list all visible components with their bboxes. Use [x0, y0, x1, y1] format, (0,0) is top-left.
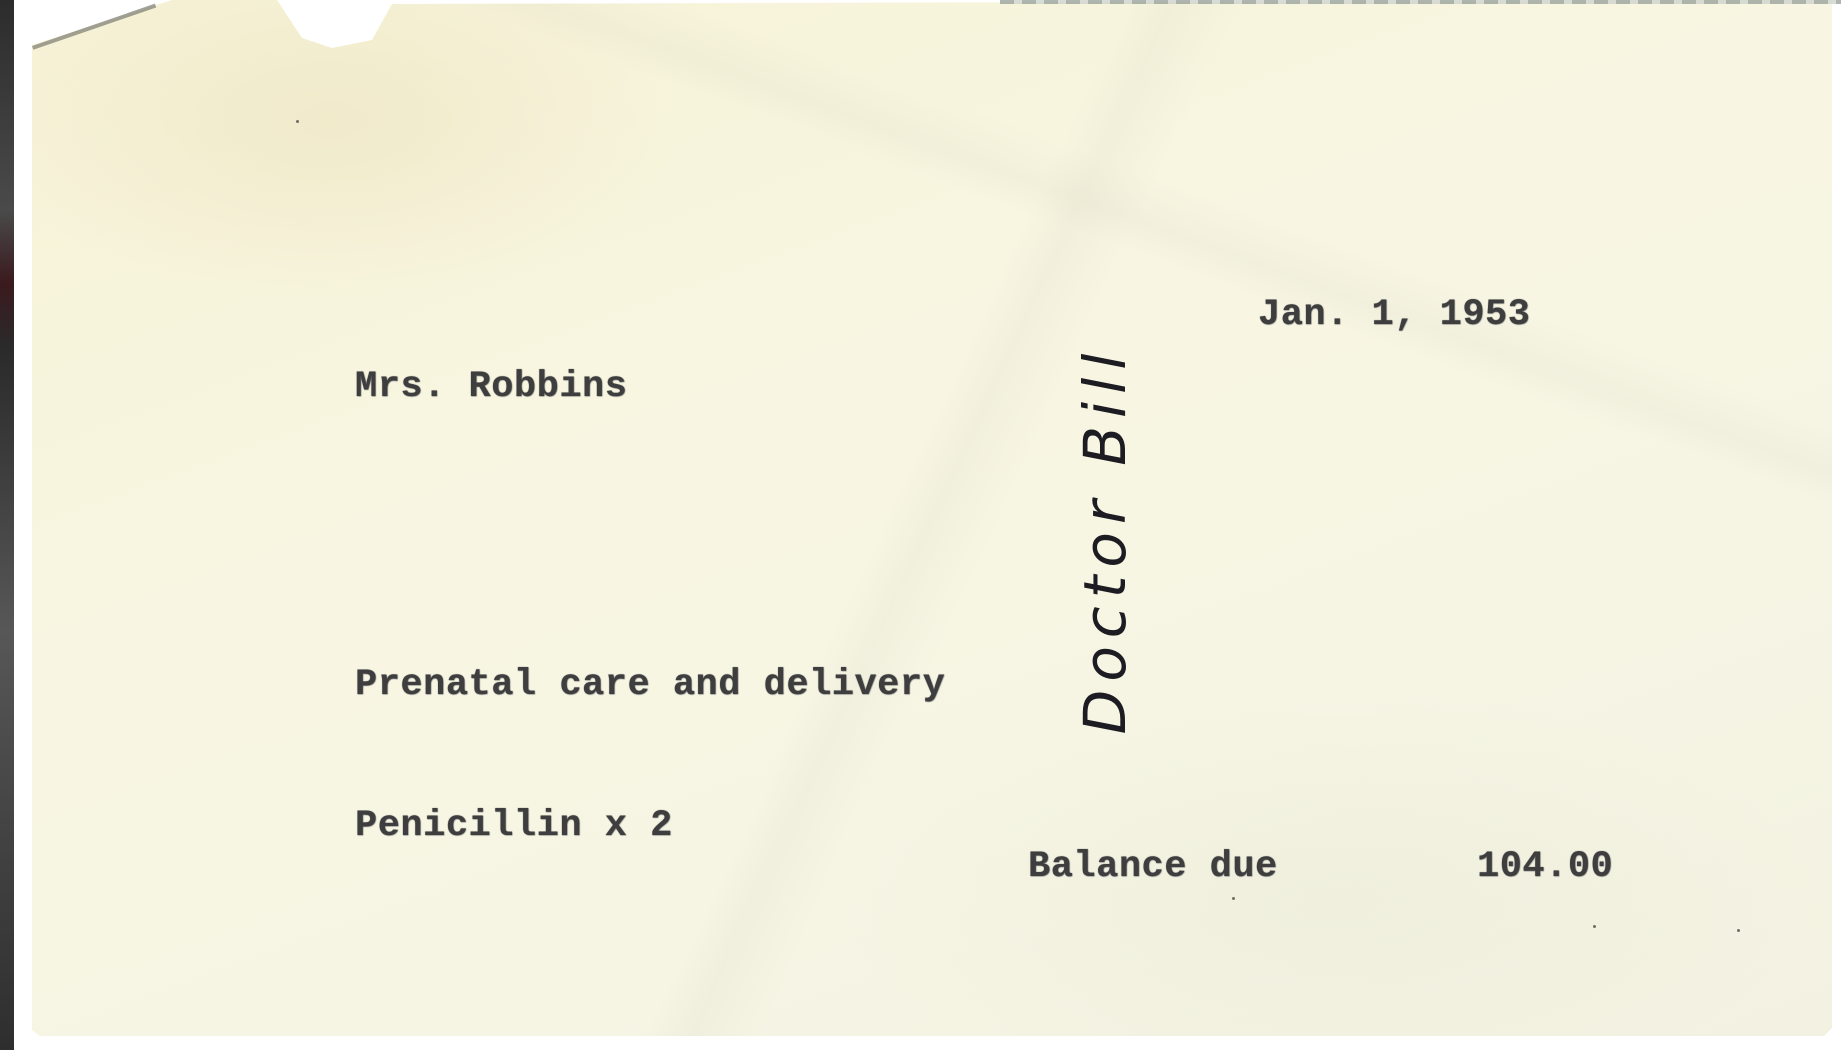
perforated-top-edge — [1000, 0, 1841, 4]
recipient-name: Mrs. Robbins — [355, 366, 627, 408]
paper-speck — [296, 120, 299, 123]
line-item: Prenatal care and delivery — [355, 662, 945, 709]
paper-speck — [1737, 929, 1740, 932]
line-items: Prenatal care and delivery Penicillin x … — [355, 568, 945, 897]
paper-speck — [1593, 925, 1596, 928]
handwritten-annotation: Doctor Bill — [1071, 346, 1139, 735]
balance-due-amount: 104.00 — [1477, 846, 1613, 888]
scanner-edge-strip — [0, 0, 14, 1050]
balance-due-label: Balance due — [1028, 846, 1278, 888]
line-item: Penicillin x 2 — [355, 803, 945, 850]
paper-speck — [1232, 897, 1235, 900]
bill-date: Jan. 1, 1953 — [1258, 294, 1530, 336]
